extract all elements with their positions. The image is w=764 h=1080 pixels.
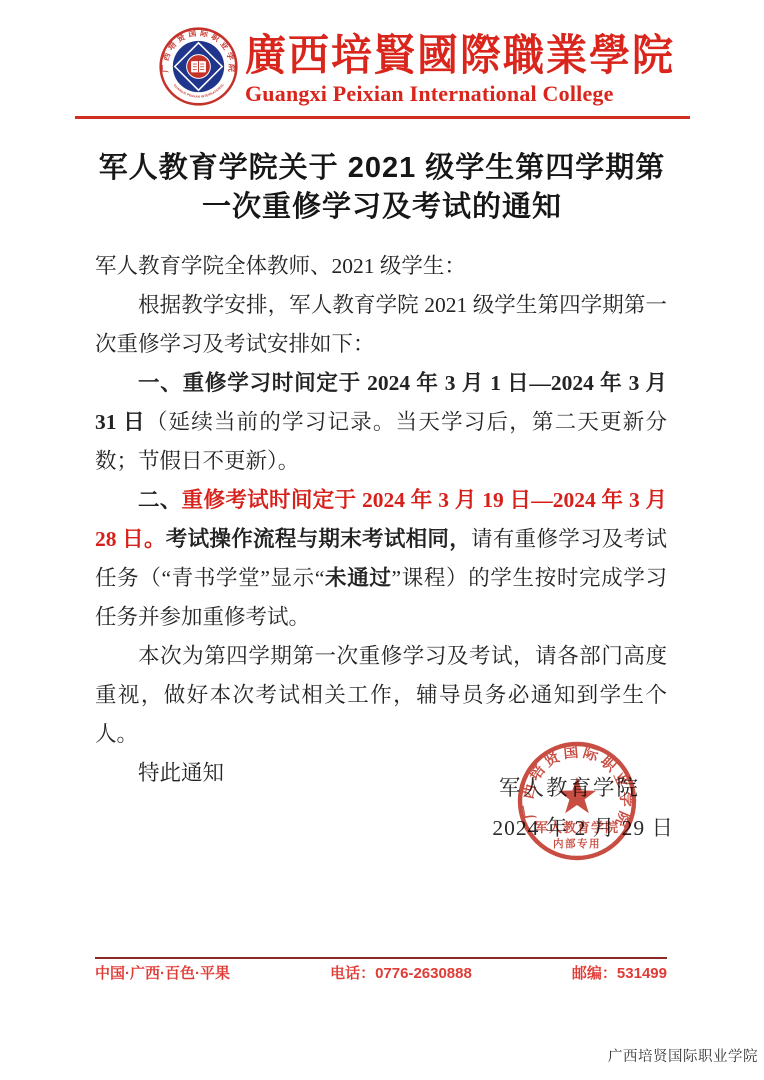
stamp-star-icon: [558, 777, 596, 813]
document-body: 军人教育学院全体教师、2021 级学生： 根据教学安排，军人教育学院 2021 …: [95, 247, 667, 793]
stamp-unit-text: 军人教育学院: [535, 820, 619, 835]
college-logo-icon: 广西培贤国际职业学院 GUANGXI PEIXIAN INTERNATIONAL…: [159, 27, 238, 106]
header-divider: [75, 116, 690, 119]
notice-document-page: 广西培贤国际职业学院 GUANGXI PEIXIAN INTERNATIONAL…: [0, 0, 764, 1080]
item2-bold-text: 考试操作流程与期末考试相同，: [166, 527, 471, 551]
item2-paragraph: 二、重修考试时间定于 2024 年 3 月 19 日—2024 年 3 月 28…: [95, 481, 667, 637]
document-title: 军人教育学院关于 2021 级学生第四学期第 一次重修学习及考试的通知: [0, 149, 764, 227]
college-name-en: Guangxi Peixian International College: [245, 82, 625, 106]
page-caption: 广西培贤国际职业学院: [608, 1045, 758, 1066]
item1-normal-text: （延续当前的学习记录。当天学习后，第二天更新分数；节假日不更新）。: [95, 410, 667, 473]
footer-location: 中国·广西·百色·平果: [95, 962, 230, 983]
document-title-line2: 一次重修学习及考试的通知: [0, 188, 764, 227]
greeting-line: 军人教育学院全体教师、2021 级学生：: [95, 247, 667, 286]
stamp-note-text: 内部专用: [553, 837, 601, 850]
footer: 中国·广西·百色·平果 电话：0776-2630888 邮编：531499: [95, 962, 667, 983]
item2-number: 二、: [138, 488, 182, 512]
intro-paragraph: 根据教学安排，军人教育学院 2021 级学生第四学期第一次重修学习及考试安排如下…: [95, 286, 667, 364]
document-title-line1: 军人教育学院关于 2021 级学生第四学期第: [0, 149, 764, 188]
college-name-zh: 廣西培賢國際職業學院: [245, 30, 625, 80]
header-college-names: 廣西培賢國際職業學院 Guangxi Peixian International…: [245, 30, 625, 106]
logo-book-icon: [191, 61, 206, 72]
footer-phone: 电话：0776-2630888: [330, 962, 472, 983]
item2-bold-text-2: 未通过: [324, 566, 391, 590]
footer-divider: [95, 957, 667, 959]
official-seal-icon: 广西培贤国际职业学院 军人教育学院 内部专用: [509, 733, 645, 869]
footer-postal: 邮编：531499: [572, 962, 667, 983]
item1-paragraph: 一、重修学习时间定于 2024 年 3 月 1 日—2024 年 3 月 31 …: [95, 364, 667, 481]
